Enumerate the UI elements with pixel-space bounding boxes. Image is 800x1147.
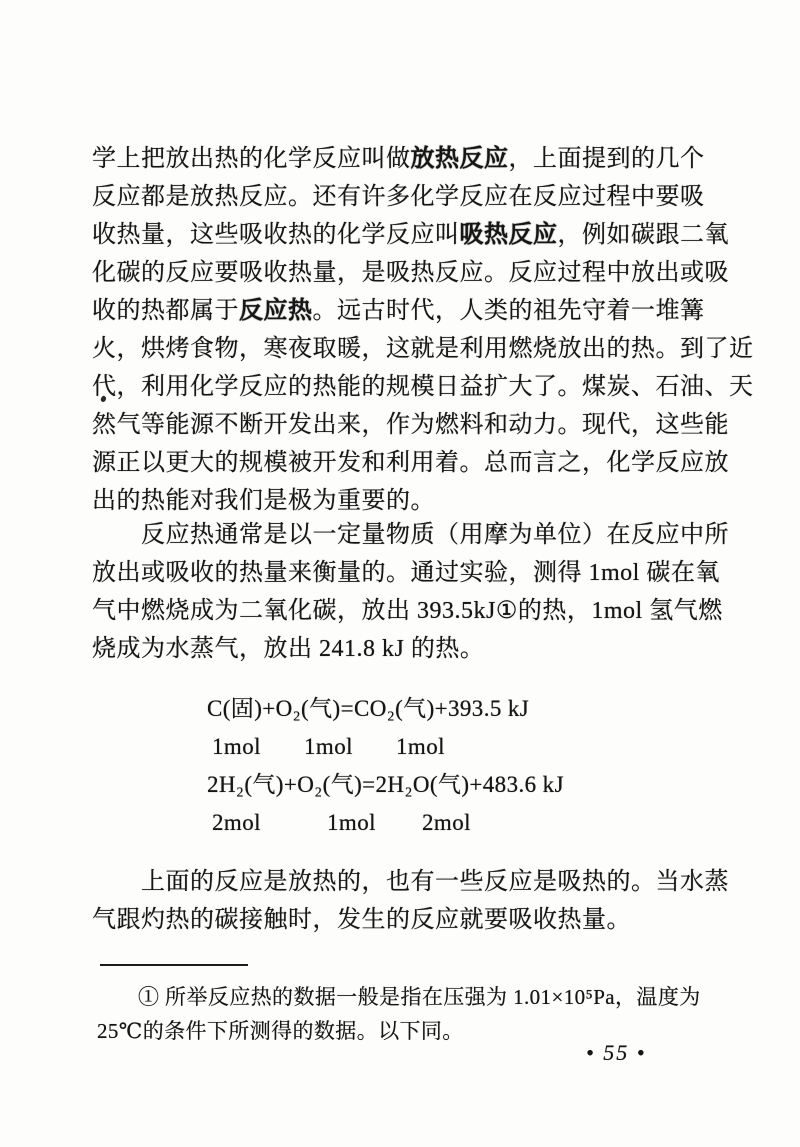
bold-term-xire-fanying: 吸热反应 [460,221,558,248]
bold-term-fanyingre: 反应热 [239,297,313,324]
text-line: 然气等能源不断开发出来，作为燃料和动力。现代，这些能 [92,406,708,444]
text-line: 气跟灼热的碳接触时，发生的反应就要吸收热量。 [92,901,708,939]
text-run: 收的热都属于 [92,298,239,324]
text-line: 放出或吸收的热量来衡量的。通过实验，测得 1mol 碳在氧 [92,554,708,592]
text-line: 收的热都属于反应热。远古时代，人类的祖先守着一堆篝 [92,292,708,330]
text-line: 源正以更大的规模被开发和利用着。总而言之，化学反应放 [92,444,708,482]
text-line: 出的热能对我们是极为重要的。 [92,482,708,520]
mol-label: 1mol [327,804,422,842]
chemical-equations: C(固)+O₂(气)=CO₂(气)+393.5 kJ 1mol1mol1mol … [207,690,564,842]
mol-quantities-row-2: 2mol1mol2mol [207,804,564,842]
paragraph-1: 学上把放出热的化学反应叫做放热反应，上面提到的几个 反应都是放热反应。还有许多化… [92,140,708,520]
equation-carbon-combustion: C(固)+O₂(气)=CO₂(气)+393.5 kJ [207,690,564,728]
text-line: 反应都是放热反应。还有许多化学反应在反应过程中要吸 [92,178,708,216]
text-line: 反应热通常是以一定量物质（用摩为单位）在反应中所 [92,516,708,554]
text-line: 上面的反应是放热的，也有一些反应是吸热的。当水蒸 [92,863,708,901]
page-number: • 55 • [586,1040,646,1066]
text-line: 代，利用化学反应的热能的规模日益扩大了。煤炭、石油、天 [92,368,708,406]
text-run: 学上把放出热的化学反应叫做 [92,146,411,172]
mol-label: 2mol [422,804,471,842]
text-line: 学上把放出热的化学反应叫做放热反应，上面提到的几个 [92,140,708,178]
footnote: ① 所举反应热的数据一般是指在压强为 1.01×10⁵Pa，温度为 25℃的条件… [97,980,713,1048]
mol-label: 1mol [304,728,396,766]
paragraph-3: 上面的反应是放热的，也有一些反应是吸热的。当水蒸 气跟灼热的碳接触时，发生的反应… [92,863,708,939]
text-line: 烧成为水蒸气，放出 241.8 kJ 的热。 [92,630,708,668]
mol-label: 1mol [396,728,445,766]
footnote-line: ① 所举反应热的数据一般是指在压强为 1.01×10⁵Pa，温度为 [97,980,713,1014]
text-run: ，例如碳跟二氧 [558,222,730,248]
mol-label: 2mol [212,804,327,842]
bold-term-fangre-fanying: 放热反应 [411,145,509,172]
equation-hydrogen-combustion: 2H₂(气)+O₂(气)=2H₂O(气)+483.6 kJ [207,766,564,804]
text-line: 收热量，这些吸收热的化学反应叫吸热反应，例如碳跟二氧 [92,216,708,254]
paragraph-2: 反应热通常是以一定量物质（用摩为单位）在反应中所 放出或吸收的热量来衡量的。通过… [92,516,708,668]
textbook-page: 学上把放出热的化学反应叫做放热反应，上面提到的几个 反应都是放热反应。还有许多化… [0,0,800,1147]
text-run: 收热量，这些吸收热的化学反应叫 [92,222,460,248]
text-run: 。远古时代，人类的祖先守着一堆篝 [313,298,705,324]
text-line: 火，烘烤食物，寒夜取暖，这就是利用燃烧放出的热。到了近 [92,330,708,368]
text-line: 化碳的反应要吸收热量，是吸热反应。反应过程中放出或吸 [92,254,708,292]
mol-quantities-row-1: 1mol1mol1mol [207,728,564,766]
footnote-divider [100,964,248,966]
mol-label: 1mol [212,728,304,766]
text-line: 气中燃烧成为二氧化碳，放出 393.5kJ①的热，1mol 氢气燃 [92,592,708,630]
text-run: ，上面提到的几个 [509,146,705,172]
